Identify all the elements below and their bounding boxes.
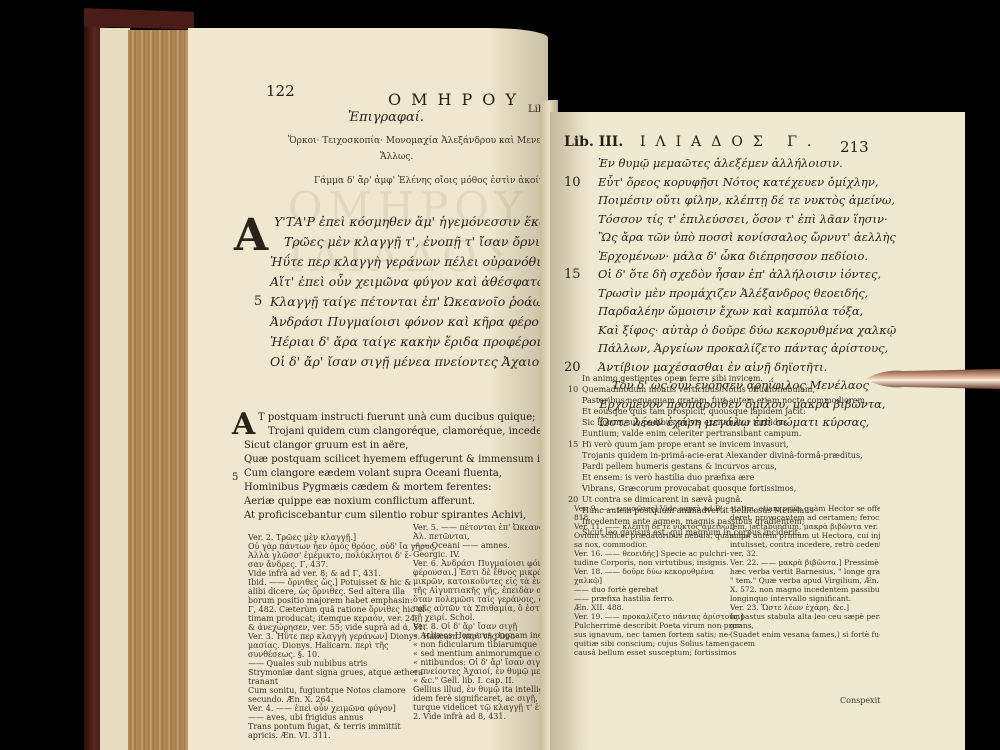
line-number: 10 <box>564 175 581 190</box>
note-line: secundo. Æn. X. 264. <box>248 695 408 704</box>
note-line: σαν ἄνδρες. Γ, 437. <box>248 560 408 569</box>
note-line: μασίας. Dionys. Halicarn. περὶ τῆς <box>248 641 408 650</box>
line-number: 15 <box>568 440 578 449</box>
book-cover-top <box>84 8 194 30</box>
catchword: Conspexit <box>840 696 880 705</box>
page-number: 213 <box>840 138 869 156</box>
greek-line: Τρωσὶν μὲν προμάχιζεν Ἀλέξανδρος θεοειδή… <box>598 286 868 300</box>
latin-line: Pardi pellem humeris gestans & incurvos … <box>582 462 777 471</box>
note-line: ver. 32. <box>730 549 880 558</box>
greek-line: Ἐρχομένων· μάλα δ' ὦκα διέπρησσον πεδίοι… <box>598 249 868 263</box>
note-line: alibi dicere, ὡς ὄρνιθες. Sed altera ill… <box>248 587 408 596</box>
running-head: ΟΜΗΡΟΥ <box>388 90 526 109</box>
latin-line: Hi verò quum jam prope erant se invicem … <box>582 440 789 449</box>
note-line: συνθέσεως. §. 10. <box>248 650 408 659</box>
greek-line: Καὶ ξίφος· αὐτὰρ ὁ δοῦρε δύω κεκορυθμένα… <box>598 323 896 337</box>
argument-line: Γάμμα δ' ἄρ' ἀμφ' Ἑλένης οἴοις μόθος ἐστ… <box>314 176 548 186</box>
greek-line: Αἵτ' ἐπεὶ οὖν χειμῶνα φύγον καὶ ἀθέσφατο… <box>270 274 548 289</box>
note-line: simul autem primùm ut Hectora, cui injur… <box>730 531 880 540</box>
note-line: « Achæos Homerus pugnam ineuntes <box>413 631 548 640</box>
greek-line: Τρῶες μὲν κλαγγῇ τ', ἐνοπῇ τ' ἴσαν ὄρνιθ… <box>284 234 548 249</box>
note-line: Ibid. —— ὄρνιθες ὥς.] Potuisset & hic & <box>248 578 408 587</box>
latin-line: Ut contra se dimicarent in sævâ pugnâ. <box>582 495 743 504</box>
note-line: Cum sonitu, fugiuntque Notos clamore <box>248 686 408 695</box>
greek-line: Ἠΰτε περ κλαγγὴ γεράνων πέλει οὐρανόθι π… <box>270 254 548 269</box>
subtitle-line: Ὅρκοι· Τειχοσκοπία· Μονομαχία Ἀλεξάνδρου… <box>288 136 548 146</box>
note-line: « πνείοντες Ἀχαιοί, ἐν θυμῷ μεμαῶτες <box>413 667 548 676</box>
latin-line: T postquam instructi fuerunt unà cum duc… <box>258 412 536 423</box>
note-line: τῇ χειρί. Schol. <box>413 613 548 622</box>
note-line: Ver. 18. —— δοῦρε δύω κεκορυθμένα <box>574 567 724 576</box>
greek-line: Οἱ δ' ὅτε δὴ σχεδὸν ἦσαν ἐπ' ἀλλήλοισιν … <box>598 267 881 281</box>
note-line: Ver. 4. —— ἐπεὶ οὖν χειμῶνα φύγον] <box>248 704 408 713</box>
note-line: χαλκῷ] <box>574 576 724 585</box>
note-line: sa nox, commodior. <box>574 540 724 549</box>
line-number: 10 <box>568 385 578 394</box>
greek-line: Εὖτ' ὄρεος κορυφῇσι Νότος κατέχευεν ὀμίχ… <box>598 175 878 189</box>
page-number: 122 <box>266 82 295 100</box>
note-line: Æn. XII. 488. <box>574 603 724 612</box>
note-line: Ver. 2. Τρῶες μὲν κλαγγῇ.] <box>248 533 408 542</box>
line-number: 5 <box>232 472 238 483</box>
latin-line: Et ensem: is verò hastilia duo præfixa æ… <box>582 473 754 482</box>
bronze-pointer-icon <box>864 364 1000 394</box>
note-line: —— Oceani —— amnes. <box>413 541 548 550</box>
note-line: « non fidicularum tibiarumque concentu, <box>413 640 548 649</box>
note-line: deret, provocantem ad certamen; ferocien… <box>730 513 880 522</box>
note-line: Ἀλ. πετῶνται, <box>413 532 548 541</box>
note-line: Ver. 19. —— προκαλίζετο πάντας ἀρίστους.… <box>574 612 724 621</box>
latin-line: Trojani quidem cum clangoréque, clamoréq… <box>268 426 548 437</box>
note-line: 2. Vide infrà ad 8, 431. <box>413 712 548 721</box>
note-line: timam producat; itemque κεραόν, ver. 24; <box>248 614 408 623</box>
note-line: causâ bellum esset susceptum; fortissimo… <box>574 648 724 657</box>
note-line: φέρουσαι.] Ἐστι δὲ ἔθνος μικρῶν ἀνθρώπων <box>413 568 548 577</box>
line-number: 5 <box>254 294 262 309</box>
latin-line: Vibrans, Græcorum provocabat quosque for… <box>582 484 796 493</box>
notes-column-2: Ver. 5. —— πέτονται ἐπ' Ὠκεανοῖο Ἀλ. πετ… <box>413 523 548 721</box>
greek-line: Τόσσον τίς τ' ἐπιλεύσσει, ὅσον τ' ἐπὶ λᾶ… <box>598 212 888 226</box>
note-line: « &c." Gell. lib. I. cap. II. <box>413 676 548 685</box>
running-head-lib: Lib. III. <box>564 134 623 150</box>
note-line: Vide infrà ad ver. 8; & ad Γ, 431. <box>248 569 408 578</box>
greek-line: Οἱ δ' ἄρ' ἴσαν σιγῇ μένεα πνείοντες Ἀχαι… <box>270 354 548 369</box>
greek-line: Ποιμέσιν οὔτι φίλην, κλέπτῃ δέ τε νυκτὸς… <box>598 193 895 207</box>
latin-line: Quemadmodum montis verticibus Notus offu… <box>582 385 815 394</box>
note-line: Ver. 5. —— πέτονται ἐπ' Ὠκεανοῖο <box>413 523 548 532</box>
note-line: Ver. 8. Οἱ δ' ἄρ' ἴσαν σιγῇ <box>413 622 548 631</box>
latin-line: Sic horum sub pedibus pulvis excitabatur… <box>582 418 787 427</box>
note-line: quitiæ sibi conscium; cujus Solius tamen <box>574 639 724 648</box>
note-line: intulisset, contra incedere, retrò ceden… <box>730 540 880 549</box>
note-line: Ovium scilicet prædatoribus nebula, quàm… <box>574 531 724 540</box>
flyleaf <box>100 28 130 750</box>
latin-line: At proficiscebantur cum silentio robur s… <box>244 510 526 521</box>
greek-dropcap: A <box>234 214 268 258</box>
latin-line: Euntium; valde enim celeriter pertransib… <box>582 429 801 438</box>
latin-line: Quæ postquam scilicet hyemem effugerunt … <box>244 454 548 465</box>
note-line: & ἀνεχώρησεν, ver. 55; vide suprà ad ά, … <box>248 623 408 632</box>
greek-line: Κλαγγῇ ταίγε πέτονται ἐπ' Ὠκεανοῖο ῥοάων… <box>270 294 548 309</box>
note-line: Ver. 22. —— μακρὰ βιβῶντα.] Pressimè <box>730 558 880 567</box>
note-line: statim, etiam priùs quàm Hector se offen… <box>730 504 880 513</box>
greek-line: Πάλλων, Ἀργείων προκαλίζετο πάντας ἀρίστ… <box>598 341 888 355</box>
alt-label: Ἄλλως. <box>380 152 413 162</box>
note-line: τῆς Αἰγυπτιακῆς γῆς, ἐπειδὰν αἱ γέρανοι <box>413 586 548 595</box>
line-number: 20 <box>568 495 578 504</box>
line-number: 20 <box>564 360 581 375</box>
note-line: gacem <box>730 639 880 648</box>
note-line: Ver. 23. Ὥστε λέων ἐχάρη. &c.] <box>730 603 880 612</box>
latin-line: Sicut clangor gruum est in aëre, <box>244 440 408 451</box>
note-line: Trans pontum fugat, & terris immittit <box>248 722 408 731</box>
note-line: Ver. 11. —— κλέπτῃ δέ τε νυκτὸς ἀμείνω.] <box>574 522 724 531</box>
notes-column-1: Ver. 2. Τρῶες μὲν κλαγγῇ.] Οὐ γὰρ πάντων… <box>248 533 408 740</box>
latin-line: Trojanis quidem in-primâ-acie-erat Alexa… <box>582 451 863 460</box>
note-line: —— Quales sub nubibus atris <box>248 659 408 668</box>
section-title: Ἐπιγραφαί. <box>348 110 424 125</box>
note-line: Pulcherrimè describit Poeta virum non pr… <box>574 621 724 630</box>
note-line: Ver. 3. Ἠΰτε περ κλαγγὴ γεράνων] Dionys.… <box>248 632 408 641</box>
note-line: Ἀλλὰ γλῶσσ' ἐμέμικτο, πολύκλητοι δ' ἔ- <box>248 551 408 560</box>
latin-line: Et eousque quis tam prospicit, quousque … <box>582 407 806 416</box>
note-line: Gellius illud, ἐν θυμῷ ita intelligere <box>413 685 548 694</box>
note-line: idem ferè significaret, ac σιγῇ, ex- <box>413 694 548 703</box>
note-line: Georgic. IV. <box>413 550 548 559</box>
note-line: tranant <box>248 677 408 686</box>
note-line: X. 572. non magno incedentem passibus, s… <box>730 585 880 594</box>
latin-line: In animo gestientes opem ferre sibi invi… <box>582 374 763 383</box>
greek-line: Παρδαλέην ὤμοισιν ἔχων καὶ καμπύλα τόξα, <box>598 304 863 318</box>
note-line: « sed mentium animorumque conspiratione <box>413 649 548 658</box>
notes-column-1: Ver. 9. —— μεμαῶτες] Vide suprà ad Β', 8… <box>574 504 724 657</box>
note-line: Strymoniæ dant signa grues, atque æthera <box>248 668 408 677</box>
notes-column-2: statim, etiam priùs quàm Hector se offen… <box>730 504 880 648</box>
line-number: 15 <box>564 267 581 282</box>
note-line: Impastus stabula alta leo ceu sæpè pera- <box>730 612 880 621</box>
note-line: —— aves, ubi frigidus annus <box>248 713 408 722</box>
note-line: tem, jactabundum, μακρὰ βιβῶντα ver. 22; <box>730 522 880 531</box>
left-page: ΟΜΗΡΟΥ ΙΛΙΑΔΟΣ 122 ΟΜΗΡΟΥ Lib. Ἐπιγραφαί… <box>188 28 548 750</box>
note-line: longinquo intervallo significant. <box>730 594 880 603</box>
note-line: borum positio majorem habet emphasin: <box>248 596 408 605</box>
note-line: tudine Corporis, non virtutibus, insigni… <box>574 558 724 567</box>
latin-line: Hominibus Pygmæis cædem & mortem ferente… <box>244 482 492 493</box>
greek-line: Ἀνδράσι Πυγμαίοισι φόνον καὶ κῆρα φέρουσ… <box>270 314 548 329</box>
note-line: (Suadet enim vesana fames,) si fortè fu- <box>730 630 880 639</box>
page-fore-edge <box>128 30 190 750</box>
greek-line: Ἀντίβιον μαχέσασθαι ἐν αἰνῇ δηϊοτῆτι. <box>598 360 827 374</box>
note-line: hæc verba vertit Barnesius, " longe grad… <box>730 567 880 576</box>
note-line: παῖς αὐτῶν τὰ Σπιθαμία, ὃ ἐστι <box>413 604 548 613</box>
note-line: Οὐ γὰρ πάντων ἦεν ὁμὸς θρόος, οὐδ' ἴα γῆ… <box>248 542 408 551</box>
greek-line: Ἐν θυμῷ μεμαῶτες ἀλεξέμεν ἀλλήλοισιν. <box>598 156 843 170</box>
note-line: " tem." Quæ verba apud Virgilium, Æn. <box>730 576 880 585</box>
note-line: Γ, 482. Cæterùm quâ ratione ὄρνιθες hic … <box>248 605 408 614</box>
greek-line: Υ'ΤΑ'Ρ ἐπεὶ κόσμηθεν ἅμ' ἡγεμόνεσσιν ἕκα… <box>274 214 548 229</box>
note-line: Ver. 9. —— μεμαῶτες] Vide suprà ad Β', <box>574 504 724 513</box>
note-line: μικρῶν, κατοικοῦντες εἰς τὰ ἐνδότερα <box>413 577 548 586</box>
latin-line: Aeriæ quippe eæ noxium conflictum afferu… <box>244 496 475 507</box>
note-line: turque videlicet τῷ κλαγγῇ τ' ἐνοπῇ <box>413 703 548 712</box>
latin-line: Cum clangore eædem volant supra Oceani f… <box>244 468 502 479</box>
note-line: —— præfixa hastilia ferro. <box>574 594 724 603</box>
greek-line: Ὣς ἄρα τῶν ὑπὸ ποσσὶ κονίσσαλος ὤρνυτ' ἀ… <box>598 230 896 244</box>
note-line: apricis. Æn. VI. 311. <box>248 731 408 740</box>
note-line: grans, <box>730 621 880 630</box>
greek-line: Ἠέριαι δ' ἄρα ταίγε κακὴν ἔριδα προφέρον… <box>270 334 548 349</box>
note-line: sus ignavum, nec tamen fortem satis; ne- <box>574 630 724 639</box>
note-line: 818. <box>574 513 724 522</box>
latin-dropcap: A <box>232 410 255 440</box>
note-line: —— duo fortè gerebat <box>574 585 724 594</box>
right-page: Lib. III. ΙΛΙΑΔΟΣ Γ. 213 Ἐν θυμῷ μεμαῶτε… <box>550 112 965 750</box>
note-line: Ver. 6. Ἀνδράσι Πυγμαίοισι φόνον <box>413 559 548 568</box>
running-head: ΙΛΙΑΔΟΣ Γ. <box>640 134 821 150</box>
note-line: ὅταν πολεμῶσι ταῖς γεράνοις, ὅ καὶ <box>413 595 548 604</box>
latin-line: Pastoribus nequaquam gratam, furi autem … <box>582 396 868 405</box>
note-line: Ver. 16. —— θεοειδής] Specie ac pulchri- <box>574 549 724 558</box>
note-line: « nitibundos: Οἱ δ' ἄρ' ἴσαν σιγῇ <box>413 658 548 667</box>
